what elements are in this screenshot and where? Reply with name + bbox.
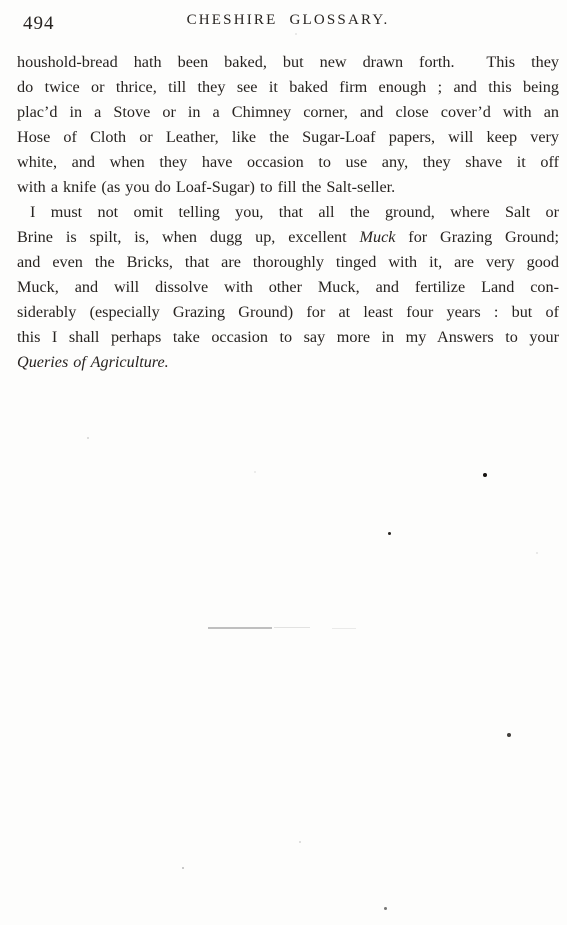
running-title: CHESHIRE GLOSSARY. [17,13,559,28]
ink-speck [483,473,487,477]
text-segment: and even the Bricks, that are thoroughly… [17,253,559,271]
text-segment: do twice or thrice, till they see it bak… [17,78,559,96]
text-line: white, and when they have occasion to us… [17,150,559,175]
ink-speck [507,733,511,737]
text-line: siderably (especially Grazing Ground) fo… [17,300,559,325]
italic-text: Muck [360,228,396,246]
text-segment: Brine is spilt, is, when dugg up, excell… [17,228,360,246]
text-line: with a knife (as you do Loaf-Sugar) to f… [17,175,559,200]
text-segment: Muck, and will dissolve with other Muck,… [17,278,559,296]
text-line: do twice or thrice, till they see it bak… [17,75,559,100]
ink-speck [388,532,391,535]
text-segment: this I shall perhaps take occasion to sa… [17,328,559,346]
book-page: 494 CHESHIRE GLOSSARY. houshold-bread ha… [0,0,567,925]
scratch-line [332,628,356,629]
text-line: this I shall perhaps take occasion to sa… [17,325,559,350]
ink-speck [299,841,301,843]
ink-speck [254,471,256,473]
text-segment: I must not omit telling you, that all th… [30,203,559,221]
text-segment: siderably (especially Grazing Ground) fo… [17,303,559,321]
ink-speck [384,907,387,910]
ink-speck [87,437,89,439]
text-segment: with a knife (as you do Loaf-Sugar) to f… [17,178,395,196]
ink-speck [295,33,297,35]
text-line: houshold-bread hath been baked, but new … [17,50,559,75]
ink-speck [536,552,538,554]
text-segment: Hose of Cloth or Leather, like the Sugar… [17,128,559,146]
page-text: houshold-bread hath been baked, but new … [17,50,559,375]
scratch-line [208,627,272,629]
text-line: plac’d in a Stove or in a Chimney corner… [17,100,559,125]
text-segment: white, and when they have occasion to us… [17,153,559,171]
text-line: Queries of Agriculture. [17,350,559,375]
scratch-line [274,627,310,628]
text-line: Brine is spilt, is, when dugg up, excell… [17,225,559,250]
ink-speck [182,867,184,869]
italic-text: Queries of Agriculture. [17,353,169,371]
text-segment: for Grazing Ground; [395,228,559,246]
text-segment: plac’d in a Stove or in a Chimney corner… [17,103,559,121]
text-segment: houshold-bread hath been baked, but new … [17,53,559,71]
text-line: and even the Bricks, that are thoroughly… [17,250,559,275]
text-line: Muck, and will dissolve with other Muck,… [17,275,559,300]
text-line: I must not omit telling you, that all th… [17,200,559,225]
text-line: Hose of Cloth or Leather, like the Sugar… [17,125,559,150]
